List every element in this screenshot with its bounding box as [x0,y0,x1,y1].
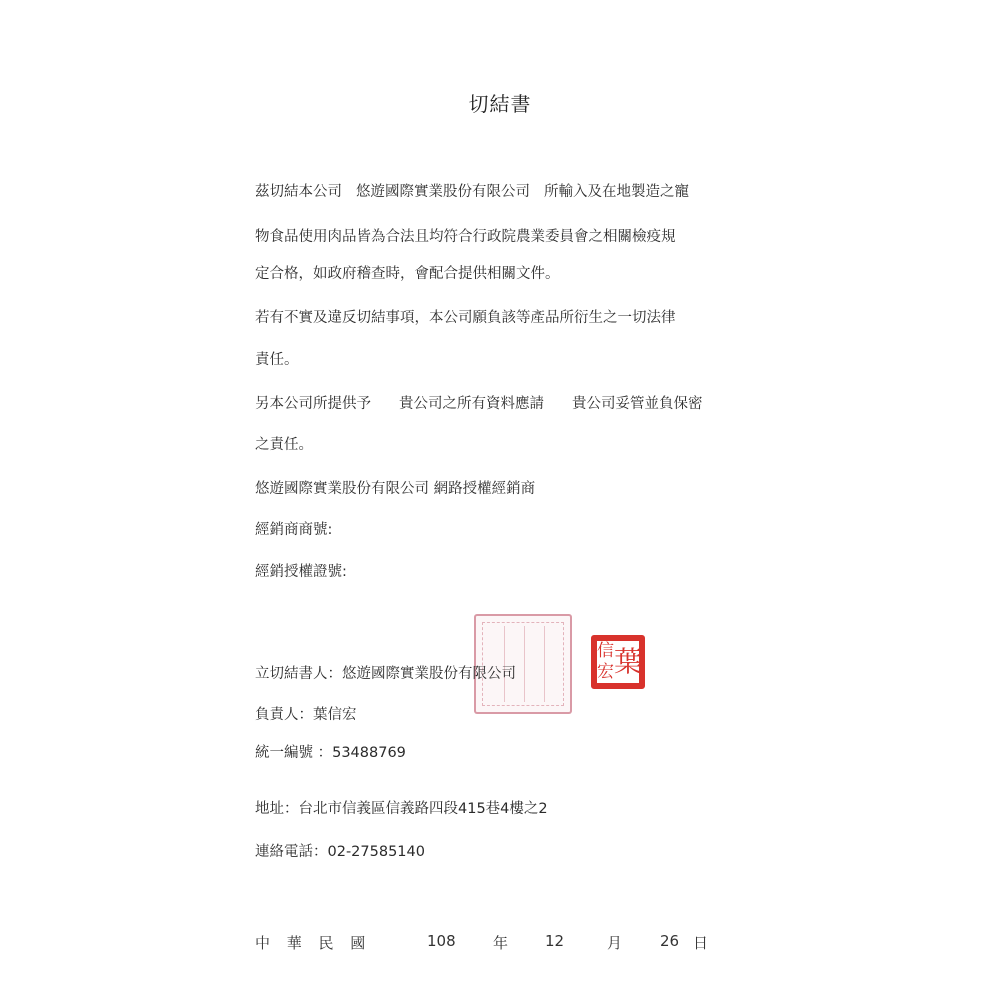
tax-id-line: 統一編號 ：53488769 [255,741,406,762]
date-year: 108 [427,932,456,950]
date-day: 26 [660,932,679,950]
paragraph1-line1: 茲切結本公司悠遊國際實業股份有限公司所輸入及在地製造之寵 [255,180,689,201]
text: 另本公司所提供予 [255,396,371,412]
date-day-label: 日 [693,932,708,953]
license-number-label: 經銷授權證號: [255,560,347,581]
paragraph3-line1: 另本公司所提供予貴公司之所有資料應請貴公司妥管並負保密 [255,392,703,413]
phone-line: 連絡電話：02-27585140 [255,840,425,861]
text: 貴公司妥管並負保密 [572,396,703,412]
date-year-label: 年 [493,932,508,953]
dealer-number-label: 經銷商商號: [255,518,332,539]
text: 所輸入及在地製造之寵 [544,184,689,200]
paragraph1-line2: 物食品使用肉品皆為合法且均符合行政院農業委員會之相關檢疫規 [255,225,676,246]
date-month-label: 月 [607,932,622,953]
distributor-line: 悠遊國際實業股份有限公司 網路授權經銷商 [255,477,535,498]
document-page: 切結書 茲切結本公司悠遊國際實業股份有限公司所輸入及在地製造之寵 物食品使用肉品… [0,0,1000,1000]
seal-char: 信 [597,643,614,660]
address-line: 地址：台北市信義區信義路四段415巷4樓之2 [255,797,548,818]
declarant-line: 立切結書人：悠遊國際實業股份有限公司 [255,662,516,683]
responsible-person-line: 負責人：葉信宏 [255,703,357,724]
personal-seal-icon: 信 葉 宏 [591,635,645,689]
date-era: 中 華 民 國 [255,932,371,953]
paragraph1-line3: 定合格，如政府稽查時，會配合提供相關文件。 [255,262,560,283]
paragraph3-line2: 之責任。 [255,433,313,454]
text: 貴公司之所有資料應請 [399,396,544,412]
text: 茲切結本公司 [255,184,342,200]
paragraph2-line1: 若有不實及違反切結事項，本公司願負該等產品所衍生之一切法律 [255,306,676,327]
paragraph2-line2: 責任。 [255,348,299,369]
seal-char: 宏 [597,664,614,681]
date-month: 12 [545,932,564,950]
document-title: 切結書 [0,88,1000,117]
seal-char: 葉 [614,648,642,676]
company-name: 悠遊國際實業股份有限公司 [356,184,530,200]
